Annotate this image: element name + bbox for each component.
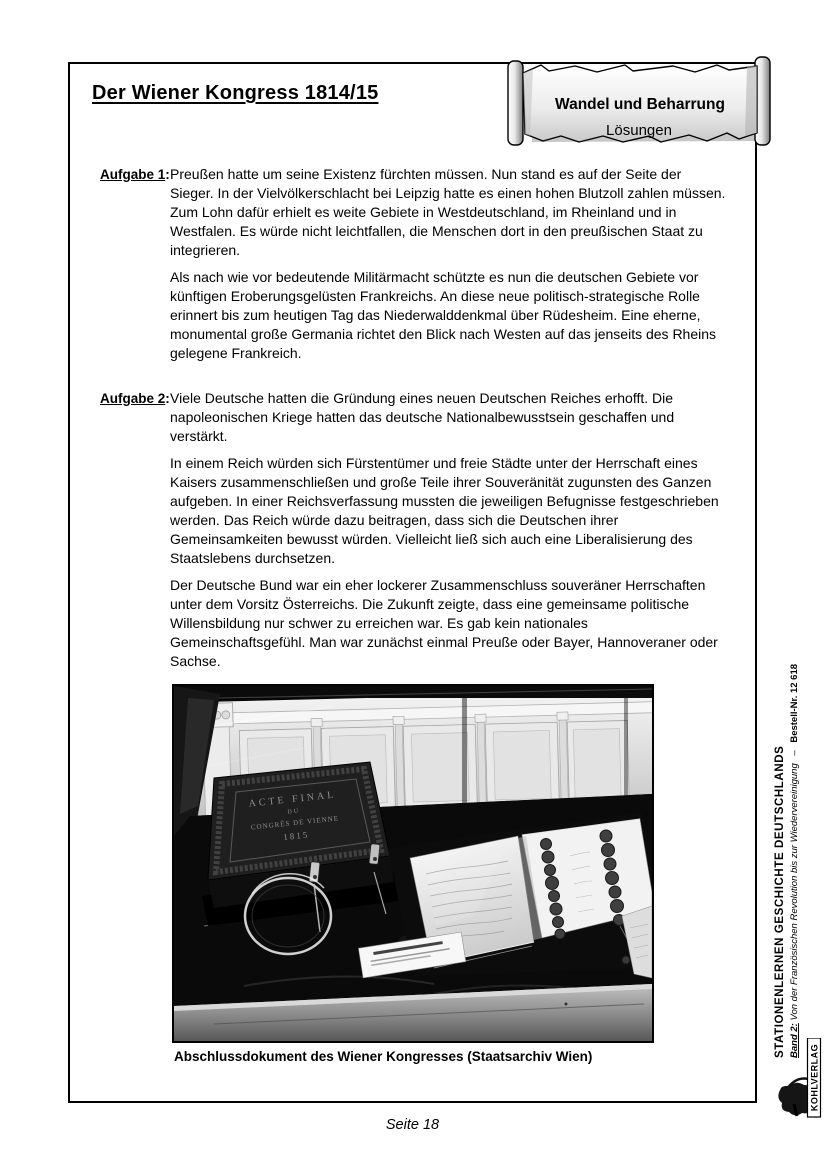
banner-title: Wandel und Beharrung <box>555 96 725 113</box>
task-2-text: Viele Deutsche hatten die Gründung eines… <box>170 389 726 679</box>
task-paragraph: Viele Deutsche hatten die Gründung eines… <box>170 389 726 446</box>
task-1-text: Preußen hatte um seine Existenz fürchten… <box>170 165 726 371</box>
task-2-label: Aufgabe 2: <box>100 389 170 679</box>
publisher-name: KOHLVERLAG <box>810 1044 820 1111</box>
worksheet-page: Der Wiener Kongress 1814/15 Wandel und B… <box>0 0 827 1169</box>
figure-caption: Abschlussdokument des Wiener Kongresses … <box>174 1049 592 1064</box>
task-2: Aufgabe 2: Viele Deutsche hatten die Grü… <box>100 389 726 679</box>
photo-scene: ACTE FINAL DU CONGRÈS DE VIENNE 1815 <box>174 686 652 1041</box>
task-paragraph: Der Deutsche Bund war ein eher lockerer … <box>170 576 726 671</box>
kohl-verlag-logo: KOHLVERLAG <box>776 1038 824 1118</box>
page-title: Der Wiener Kongress 1814/15 <box>92 82 378 105</box>
sidebar-band-text: Von der Französischen Revolution bis zur… <box>789 763 800 1020</box>
sidebar-order-number: Bestell-Nr. 12 618 <box>789 664 800 743</box>
task-1: Aufgabe 1: Preußen hatte um seine Existe… <box>100 165 726 371</box>
task-paragraph: Preußen hatte um seine Existenz fürchten… <box>170 165 726 260</box>
photo-top-strip <box>174 686 652 698</box>
sidebar-separator: – <box>789 750 800 755</box>
task-paragraph: In einem Reich würden sich Fürstentümer … <box>170 454 726 568</box>
publisher-logo: KOHLVERLAG <box>776 1038 824 1118</box>
page-number: Seite 18 <box>68 1117 757 1133</box>
sidebar-band-info: Band 2: Von der Französischen Revolution… <box>789 638 800 1058</box>
task-paragraph: Als nach wie vor bedeutende Militärmacht… <box>170 268 726 363</box>
sidebar-series-title: STATIONENLERNEN GESCHICHTE DEUTSCHLANDS <box>774 638 786 1058</box>
task-1-label: Aufgabe 1: <box>100 165 170 371</box>
sidebar-imprint: STATIONENLERNEN GESCHICHTE DEUTSCHLANDS … <box>774 638 800 1058</box>
solutions-label: Lösungen <box>503 122 775 139</box>
figure-photo: ACTE FINAL DU CONGRÈS DE VIENNE 1815 <box>172 684 654 1043</box>
